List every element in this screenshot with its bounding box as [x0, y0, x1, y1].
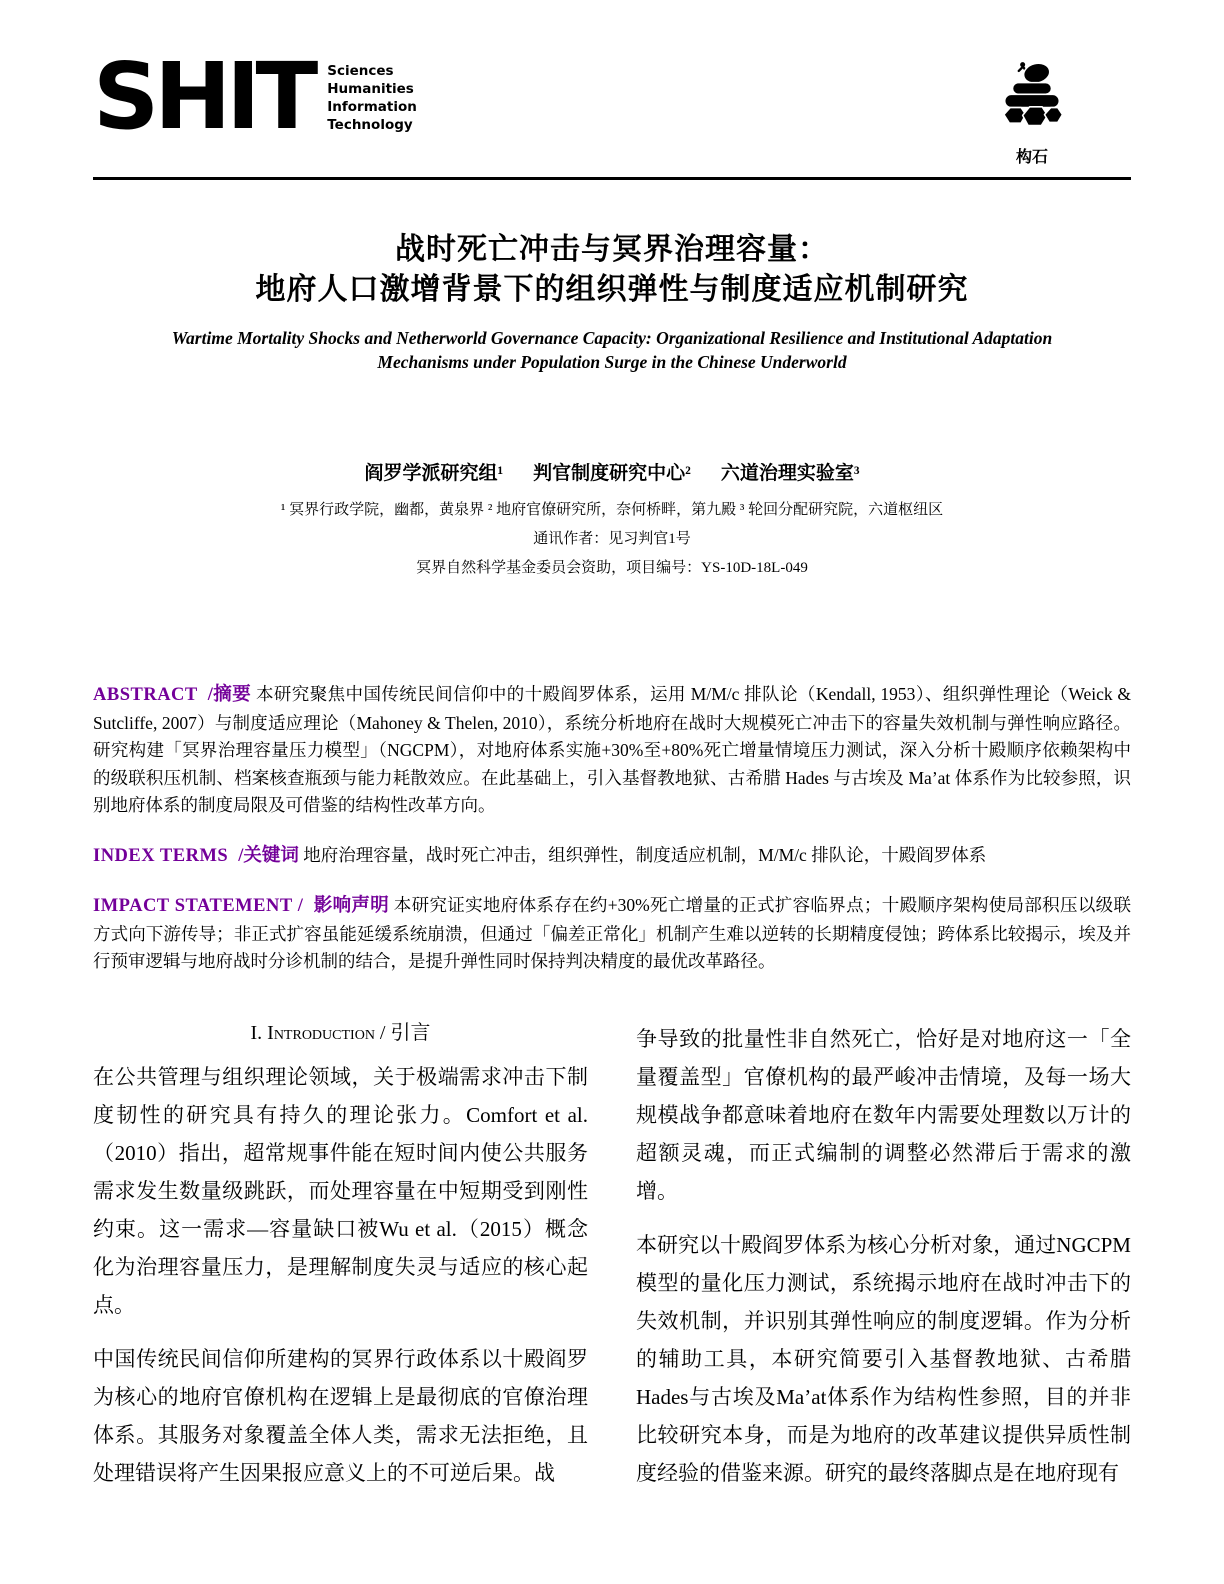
right-column: 争导致的批量性非自然死亡，恰好是对地府这一「全量覆盖型」官僚机构的最严峻冲击情境…: [636, 1020, 1131, 1508]
journal-header: SHIT Sciences Humanities Information Tec…: [93, 58, 1131, 167]
intro-paragraph: 本研究以十殿阎罗体系为核心分析对象，通过NGCPM模型的量化压力测试，系统揭示地…: [636, 1226, 1131, 1492]
author-list: 阎罗学派研究组¹ 判官制度研究中心² 六道治理实验室³: [93, 458, 1131, 485]
author-group: 阎罗学派研究组¹: [364, 458, 503, 485]
affiliations: ¹ 冥界行政学院，幽都，黄泉界 ² 地府官僚研究所，奈何桥畔，第九殿 ³ 轮回分…: [93, 498, 1131, 519]
tagline-line: Sciences: [327, 62, 417, 80]
abstract-label-en: ABSTRACT: [93, 685, 198, 705]
index-terms-label-en: INDEX TERMS: [93, 846, 228, 866]
impact-label-en: IMPACT STATEMENT /: [93, 896, 303, 916]
paper-title-line2: 地府人口激增背景下的组织弹性与制度适应机制研究: [93, 270, 1131, 310]
introduction-heading: I. Introduction / 引言: [93, 1020, 588, 1046]
paper-title-zh: 战时死亡冲击与冥界治理容量： 地府人口激增背景下的组织弹性与制度适应机制研究: [93, 230, 1131, 310]
index-terms-label-zh: /关键词: [238, 846, 299, 866]
paper-title-en: Wartime Mortality Shocks and Netherworld…: [157, 326, 1067, 374]
corresponding-author: 通讯作者：见习判官1号: [93, 527, 1131, 548]
left-column: I. Introduction / 引言 在公共管理与组织理论领域，关于极端需求…: [93, 1020, 588, 1508]
index-terms-body: 地府治理容量，战时死亡冲击，组织弹性，制度适应机制，M/M/c 排队论，十殿阎罗…: [303, 845, 986, 865]
tagline-line: Information: [327, 98, 417, 116]
header-divider: [93, 177, 1131, 180]
introduction-section: I. Introduction / 引言 在公共管理与组织理论领域，关于极端需求…: [93, 1020, 1131, 1508]
author-group: 六道治理实验室³: [721, 458, 860, 485]
intro-paragraph: 在公共管理与组织理论领域，关于极端需求冲击下制度韧性的研究具有持久的理论张力。C…: [93, 1058, 588, 1324]
journal-logo: SHIT: [93, 58, 313, 136]
tagline-line: Humanities: [327, 80, 417, 98]
author-group: 判官制度研究中心²: [533, 458, 691, 485]
journal-brand: SHIT Sciences Humanities Information Tec…: [93, 58, 417, 136]
journal-tagline: Sciences Humanities Information Technolo…: [327, 62, 417, 134]
abstract-paragraph: ABSTRACT/摘要 本研究聚焦中国传统民间信仰中的十殿阎罗体系，运用 M/M…: [93, 681, 1131, 820]
impact-label-zh: 影响声明: [313, 896, 389, 916]
tagline-line: Technology: [327, 116, 417, 134]
intro-paragraph: 争导致的批量性非自然死亡，恰好是对地府这一「全量覆盖型」官僚机构的最严峻冲击情境…: [636, 1020, 1131, 1210]
publisher-badge-label: 构石: [993, 144, 1071, 167]
abstract-label-zh: /摘要: [208, 685, 251, 705]
paper-title-line1: 战时死亡冲击与冥界治理容量：: [93, 230, 1131, 270]
impact-statement-paragraph: IMPACT STATEMENT /影响声明 本研究证实地府体系存在约+30%死…: [93, 892, 1131, 976]
stone-pile-icon: [993, 60, 1071, 138]
intro-paragraph: 中国传统民间信仰所建构的冥界行政体系以十殿阎罗为核心的地府官僚机构在逻辑上是最彻…: [93, 1340, 588, 1492]
funding-note: 冥界自然科学基金委员会资助，项目编号：YS-10D-18L-049: [93, 556, 1131, 577]
publisher-badge: 构石: [993, 60, 1071, 167]
index-terms-paragraph: INDEX TERMS/关键词 地府治理容量，战时死亡冲击，组织弹性，制度适应机…: [93, 842, 1131, 871]
